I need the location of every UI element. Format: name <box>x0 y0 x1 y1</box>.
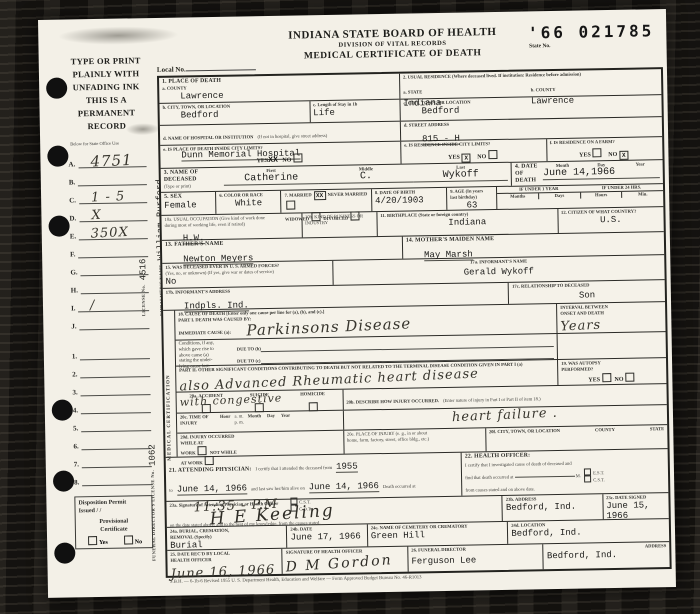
funeral-director-address-value: Bedford, Ind. <box>547 549 667 561</box>
certificate-header: INDIANA STATE BOARD OF HEALTH DIVISION O… <box>156 19 659 76</box>
death-certificate-document: TYPE OR PRINT PLAINLY WITH UNFADING INK … <box>38 9 676 598</box>
state-file-number-stamp: '66 021785 <box>528 21 655 42</box>
field-color-or-race: 6. COLOR OR RACE White <box>216 191 282 214</box>
residence-on-farm-no-checkbox: X <box>619 151 628 160</box>
field-autopsy: 19. WAS AUTOPSY PERFORMED? YES NO <box>558 358 666 385</box>
field-age: 9. AGE (In years last birthday) 63 <box>447 187 498 210</box>
physician-address-value: Bedford, Ind. <box>506 501 600 513</box>
field-citizen: 12. CITIZEN OF WHAT COUNTRY? U.S. <box>558 207 664 233</box>
field-accident-suicide-homicide: 20a. ACCIDENT SUICIDE HOMICIDE <box>177 390 344 413</box>
burial-date-value: June 17, 1966 <box>290 531 363 542</box>
deceased-middle-name: C. <box>319 171 414 184</box>
field-mothers-maiden-name: 14. MOTHER'S MAIDEN NAME May Marsh <box>403 232 664 259</box>
field-attending-physician: 21. ATTENDING PHYSICIAN: I certify that … <box>166 453 463 501</box>
stub-value-i: / <box>90 299 96 312</box>
provisional-no-checkbox <box>124 535 133 544</box>
autopsy-yes-checkbox <box>602 373 611 382</box>
punch-hole <box>48 215 69 236</box>
suicide-checkbox <box>255 403 264 412</box>
stub-line-3: 3. <box>72 377 150 396</box>
stub-line-5: 5. <box>73 413 151 432</box>
stub-value-a: 4751 <box>90 154 133 169</box>
death-inside-city-yes-mark: XX <box>268 156 278 165</box>
stub-line-8: 8. <box>74 467 152 486</box>
last-seen-alive-value: June 14, 1966 <box>309 481 379 493</box>
stub-line-2: 2. <box>72 359 150 378</box>
field-usual-occupation: 10a. USUAL OCCUPATION (Give kind of work… <box>161 213 302 239</box>
residence-inside-city-yes-checkbox: X <box>462 153 471 162</box>
est-checkbox <box>584 468 591 475</box>
field-armed-forces: 15. WAS DECEASED EVER IN U. S. ARMED FOR… <box>162 261 333 288</box>
field-burial-cremation: 24a. BURIAL, CREMATION, REMOVAL (Specify… <box>167 526 288 550</box>
punch-hole <box>54 542 75 563</box>
never-married-checkbox <box>287 201 296 210</box>
stub-line-4: 4. <box>73 395 151 414</box>
field-sex: 5. SEX Female <box>161 192 217 215</box>
field-time-of-injury: 20c. TIME OF INJURY Hour a. m. p. m. Mon… <box>177 411 344 433</box>
attended-from-value: 1955 <box>336 461 358 472</box>
local-no-label: Local No. <box>157 65 186 74</box>
field-fathers-name: 13. FATHER'S NAME Newton Meyers <box>162 237 403 263</box>
field-kind-of-business: 10b. KIND OF BUSINESS OR INDUSTRY <box>302 212 378 237</box>
date-of-death-value: June 14,1966 <box>543 167 660 180</box>
certificate-main: INDIANA STATE BOARD OF HEALTH DIVISION O… <box>156 19 668 585</box>
state-no-label: State No. <box>529 43 550 49</box>
stub-value-d: X <box>91 209 102 222</box>
field-health-officer: 22. HEALTH OFFICER: I certify that I inv… <box>462 449 669 496</box>
field-cemetery-name: 24c. NAME OF CEMETERY OR CREMATORY Green… <box>368 522 509 546</box>
field-date-signed: 23c. DATE SIGNED June 15, 1966 <box>603 493 669 519</box>
punch-hole <box>46 78 67 99</box>
stub-line-7: 7. <box>74 449 152 468</box>
relationship-value: Son <box>512 289 662 302</box>
field-interval-onset-death: INTERVAL BETWEEN ONSET AND DEATH Years <box>557 302 665 333</box>
punch-hole <box>52 399 73 420</box>
permanent-record-notice: TYPE OR PRINT PLAINLY WITH UNFADING INK … <box>67 54 146 133</box>
stub-line-6: 6. <box>73 431 151 450</box>
cause-of-death-handwritten: Parkinsons Disease <box>246 317 411 337</box>
date-received-handwritten: June 16, 1966 <box>170 564 275 582</box>
field-usual-residence: 2. USUAL RESIDENCE (Where deceased lived… <box>400 69 661 99</box>
interval-handwritten: Years <box>560 319 601 334</box>
cemetery-location-value: Bedford, Ind. <box>511 526 666 539</box>
field-length-of-stay: c. Length of Stay in 1b Life <box>310 100 401 123</box>
autopsy-no-checkbox <box>625 373 634 382</box>
provisional-yes-checkbox <box>88 536 97 545</box>
funeral-director-license-vertical: FUNERAL DIRECTOR'S LICENSE No. 1062 <box>141 306 163 561</box>
embalmer-license-number: 4516 <box>138 259 148 281</box>
field-date-of-birth: 8. DATE OF BIRTH 4/20/1903 <box>372 188 448 211</box>
field-death-inside-city-limits: e. IS PLACE OF DEATH INSIDE CITY LIMITS?… <box>160 142 401 168</box>
disposition-permit-box: Disposition Permit Issued / / Provisiona… <box>74 495 153 549</box>
field-injury-city: 20f. CITY, TOWN, OR LOCATION COUNTY STAT… <box>486 425 668 451</box>
field-relationship: 17c. RELATIONSHIP TO DECEASED Son <box>509 280 665 304</box>
accident-checkbox <box>202 404 211 413</box>
field-funeral-director-address: ADDRESS Bedford, Ind. <box>544 542 670 569</box>
field-place-of-death-county: 1. PLACE OF DEATH a. COUNTY Lawrence <box>159 74 400 103</box>
funeral-director-license-number: 1062 <box>147 444 157 466</box>
health-officer-signature-handwritten: D M Gordon <box>286 552 394 575</box>
while-at-work-checkbox <box>198 446 207 455</box>
provisional-certificate-label: Provisional Certificate <box>79 517 149 534</box>
stub-value-c: 1 - 5 <box>91 190 126 204</box>
medical-certification-section: MEDICAL CERTIFICATION 18. CAUSE OF DEATH… <box>163 302 667 458</box>
funeral-director-value: Ferguson Lee <box>411 554 540 566</box>
death-inside-city-no-checkbox <box>293 153 302 162</box>
field-burial-date: 24b. DATE June 17, 1966 <box>287 524 368 547</box>
field-residence-inside-city-limits: e. IS RESIDENCE INSIDE CITY LIMITS? YESX… <box>401 139 547 164</box>
field-marital-status: 7. MARRIEDXXNEVER MARRIED WIDOWED DIVORC… <box>281 189 372 213</box>
homicide-checkbox <box>308 402 317 411</box>
attended-to-value: June 14, 1966 <box>177 483 247 495</box>
health-officer-time-line <box>515 476 575 478</box>
field-funeral-director: 26. FUNERAL DIRECTOR Ferguson Lee <box>408 544 544 571</box>
stub-value-e: 350X <box>91 226 130 241</box>
citizen-value: U.S. <box>561 214 661 226</box>
deceased-last-name: Wykoff <box>413 170 508 183</box>
medical-certification-vertical-label: MEDICAL CERTIFICATION <box>165 321 172 461</box>
field-date-received: 25. DATE REC'D BY LOCAL HEALTH OFFICER J… <box>167 549 283 576</box>
field-residence-on-farm: f. IS RESIDENCE ON A FARM? YES NOX <box>547 137 663 161</box>
field-birthplace: 11. BIRTHPLACE (State or foreign country… <box>377 209 558 236</box>
residence-inside-city-no-checkbox <box>488 150 497 159</box>
punch-hole <box>47 145 68 166</box>
residence-on-farm-yes-checkbox <box>593 148 602 157</box>
race-value: White <box>219 198 277 209</box>
cemetery-name-value: Green Hill <box>371 529 505 541</box>
certificate-form: 1. PLACE OF DEATH a. COUNTY Lawrence 2. … <box>157 67 672 578</box>
field-age-under-one: IF UNDER 1 YEAR IF UNDER 24 HRS. Months … <box>497 184 663 209</box>
field-cemetery-location: 24d. LOCATION Bedford, Ind. <box>508 519 669 544</box>
city-of-death-value: Bedford <box>181 108 307 120</box>
disposition-permit-issued: Issued / / <box>79 506 149 515</box>
field-city-of-death: b. CITY, TOWN, OR LOCATION Bedford <box>159 101 310 125</box>
ho-cst-checkbox <box>584 475 591 482</box>
interval-continuation <box>558 332 666 359</box>
field-date-of-death: 4. DATE OF DEATH Month Day Year June 14,… <box>512 160 663 186</box>
date-of-birth-value: 4/20/1903 <box>375 195 443 206</box>
field-injury-occurred: 20d. INJURY OCCURRED WHILE AT WORK NOT W… <box>177 431 344 457</box>
office-use-label: Below for State Office Use <box>70 140 146 146</box>
deceased-first-name: Catherine <box>224 173 319 186</box>
field-health-officer-signature: SIGNATURE OF HEALTH OFFICER D M Gordon <box>283 547 409 574</box>
local-no-line <box>186 69 256 71</box>
stub-line-1: 1. <box>72 341 150 360</box>
date-signed-value: June 15, 1966 <box>606 500 666 521</box>
sex-value: Female <box>164 200 212 211</box>
length-of-stay-value: Life <box>313 107 397 118</box>
married-checkbox: XX <box>314 191 326 200</box>
field-physician-address: 23b. ADDRESS Bedford, Ind. <box>503 494 604 521</box>
field-place-of-injury: 20e. PLACE OF INJURY (e. g., in or about… <box>344 428 486 453</box>
punch-hole <box>53 470 74 491</box>
